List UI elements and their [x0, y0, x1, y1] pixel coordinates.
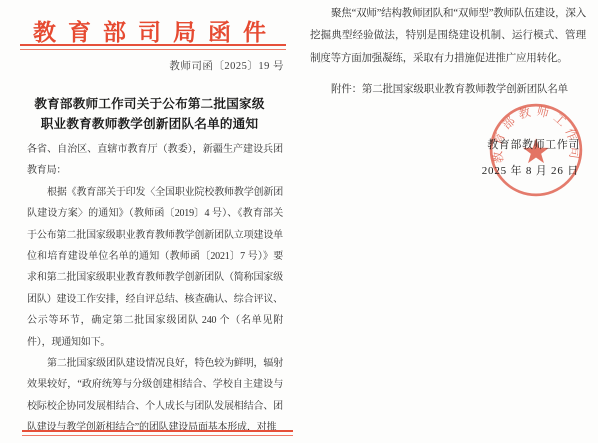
letterhead-title: 教育部司局函件	[0, 14, 299, 47]
signature: 教育部教师工作司	[487, 136, 580, 152]
document-title-line2: 职业教育教师教学创新团队名单的通知	[0, 114, 299, 134]
attachment-note: 附件：第二批国家级职业教育教师教学创新团队名单	[310, 79, 586, 101]
letterhead-rule	[20, 44, 286, 50]
document-title: 教育部教师工作司关于公布第二批国家级 职业教育教师教学创新团队名单的通知	[0, 94, 299, 134]
document-title-line1: 教育部教师工作司关于公布第二批国家级	[0, 94, 299, 114]
page-1: 教育部司局函件 教师司函〔2025〕19 号 教育部教师工作司关于公布第二批国家…	[0, 0, 299, 443]
date: 2025 年 8 月 26 日	[482, 162, 579, 178]
document-scan: 教育部司局函件 教师司函〔2025〕19 号 教育部教师工作司关于公布第二批国家…	[0, 0, 598, 443]
letter-body-continued: 聚焦“双师”结构教师团队和“双师型”教师队伍建设，深入挖掘典型经验做法，特别是围…	[310, 3, 586, 102]
paragraph-3: 聚焦“双师”结构教师团队和“双师型”教师队伍建设，深入挖掘典型经验做法，特别是围…	[310, 3, 586, 70]
page-bottom-rule	[22, 430, 293, 436]
page-2: 聚焦“双师”结构教师团队和“双师型”教师队伍建设，深入挖掘典型经验做法，特别是围…	[299, 0, 598, 443]
paragraph-1: 根据《教育部关于印发〈全国职业院校教师教学创新团队建设方案〉的通知》（教师函〔2…	[27, 182, 283, 353]
letter-body: 各省、自治区、直辖市教育厅（教委），新疆生产建设兵团教育局： 根据《教育部关于印…	[27, 139, 283, 439]
doc-number: 教师司函〔2025〕19 号	[169, 58, 284, 73]
salutation: 各省、自治区、直辖市教育厅（教委），新疆生产建设兵团教育局：	[27, 139, 283, 182]
paragraph-2: 第二批国家级团队建设情况良好，特色较为鲜明，辐射效果较好，“政府统筹与分级创建相…	[27, 353, 283, 439]
